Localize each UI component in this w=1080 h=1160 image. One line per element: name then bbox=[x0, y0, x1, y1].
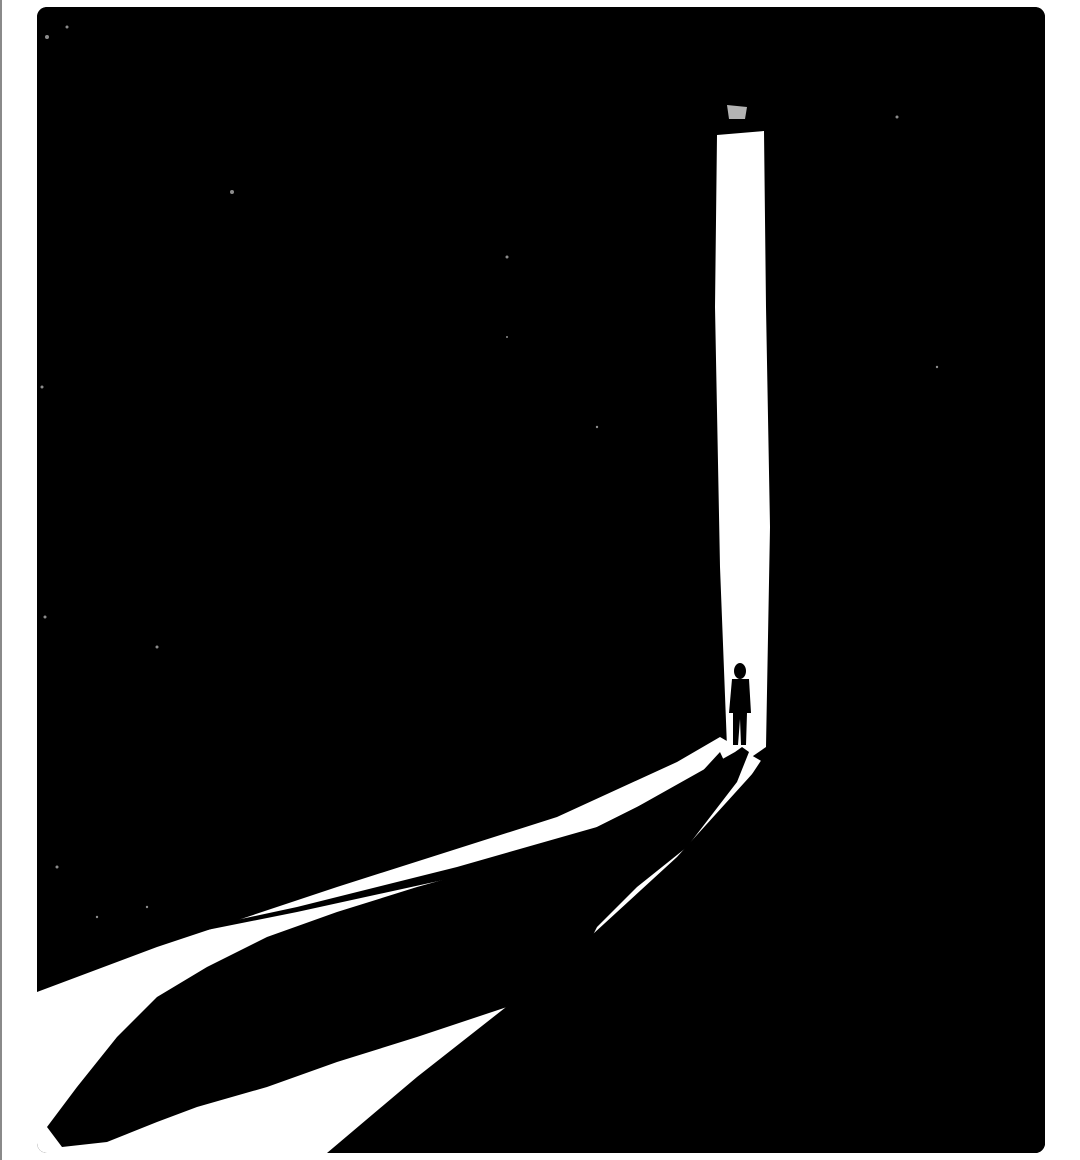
doorway-illustration bbox=[37, 7, 1045, 1153]
illustration-image[interactable] bbox=[37, 7, 1045, 1153]
window-edge-divider bbox=[0, 0, 2, 1160]
